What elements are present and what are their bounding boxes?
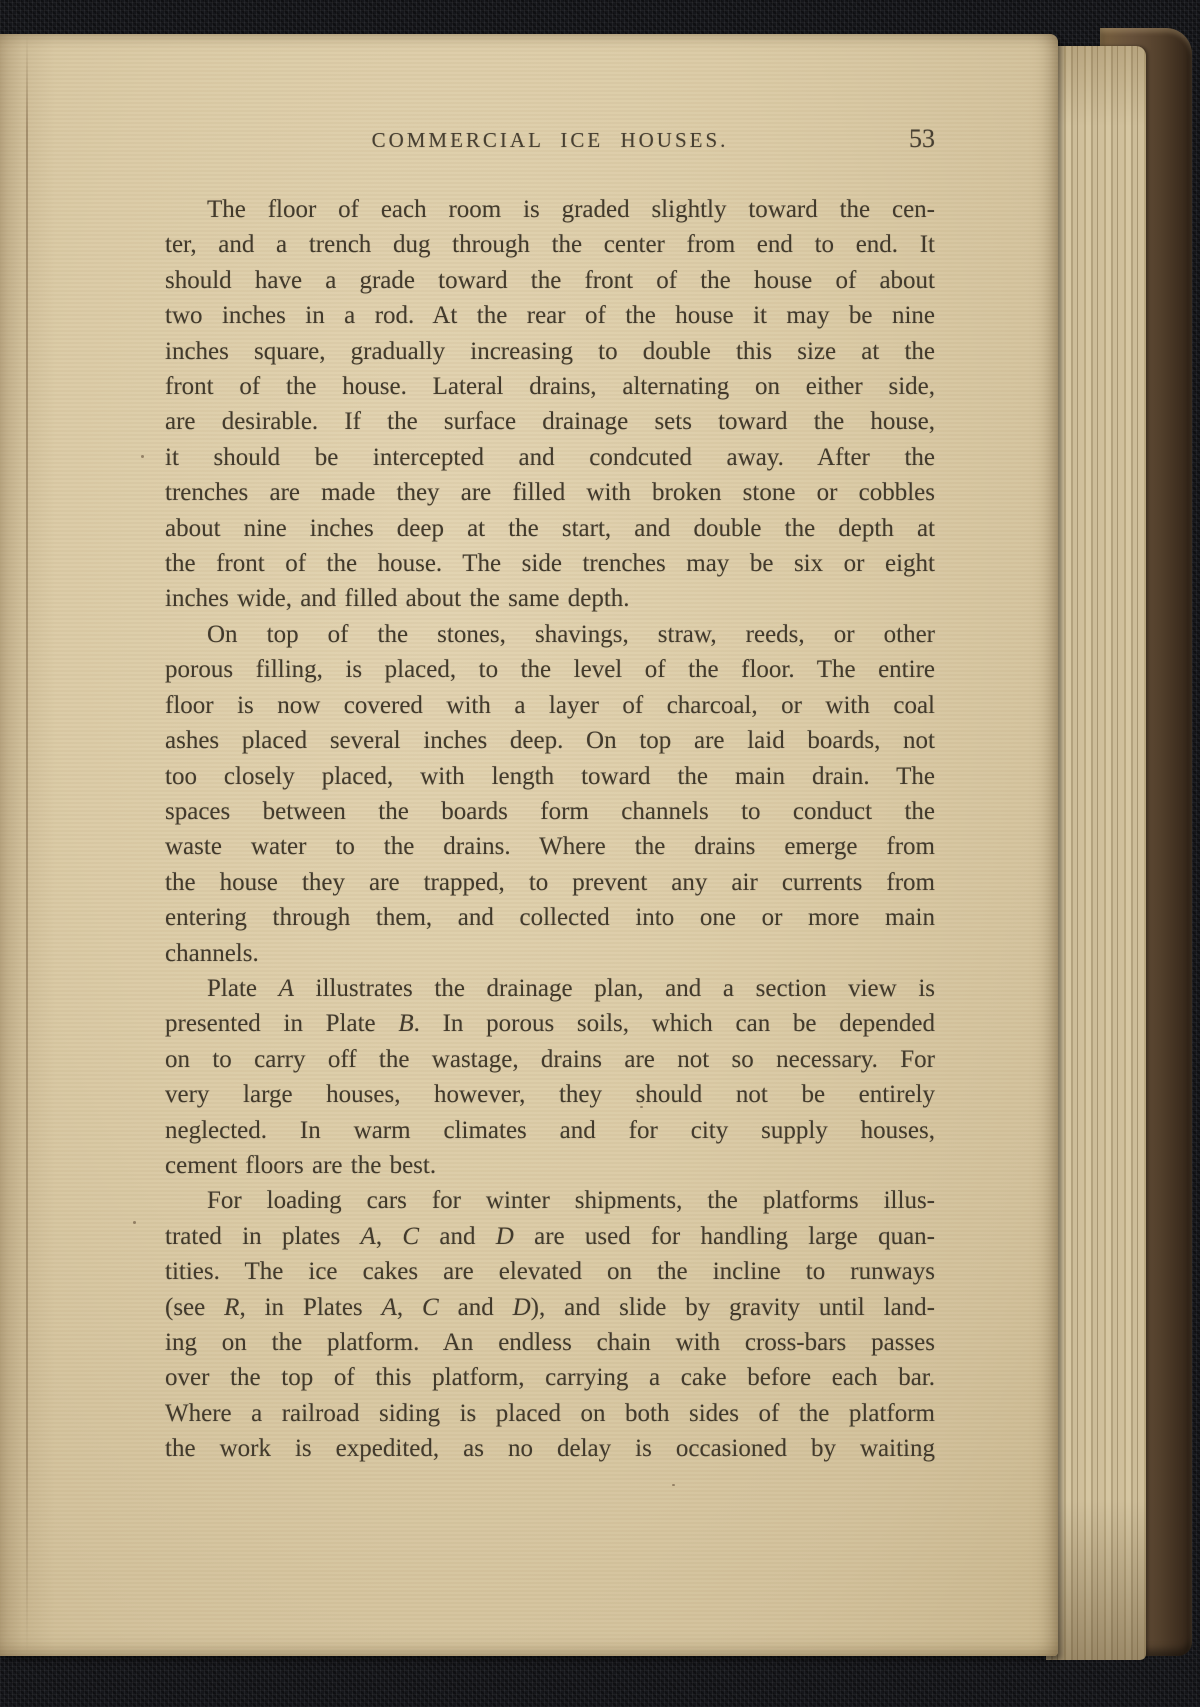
text-line: ing on the platform. An endless chain wi… xyxy=(165,1325,935,1360)
text-line: it should be intercepted and condcuted a… xyxy=(165,440,935,475)
text-line: on to carry off the wastage, drains are … xyxy=(165,1042,935,1077)
text-line: over the top of this platform, carrying … xyxy=(165,1360,935,1395)
ink-speck xyxy=(133,1221,136,1224)
text-line: floor is now covered with a layer of cha… xyxy=(165,688,935,723)
text-line: are desirable. If the surface drainage s… xyxy=(165,404,935,439)
text-line: trated in plates A, C and D are used for… xyxy=(165,1219,935,1254)
text-line: On top of the stones, shavings, straw, r… xyxy=(165,617,935,652)
text-line: inches square, gradually increasing to d… xyxy=(165,334,935,369)
text-line: The floor of each room is graded slightl… xyxy=(165,192,935,227)
text-line: presented in Plate B. In porous soils, w… xyxy=(165,1006,935,1041)
text-line: For loading cars for winter shipments, t… xyxy=(165,1183,935,1218)
text-line: front of the house. Lateral drains, alte… xyxy=(165,369,935,404)
scanned-book-photo: COMMERCIAL ICE HOUSES. 53 The floor of e… xyxy=(0,0,1200,1707)
text-line: inches wide, and filled about the same d… xyxy=(165,581,935,616)
text-line: Where a railroad siding is placed on bot… xyxy=(165,1396,935,1431)
page-gutter-crease xyxy=(26,34,28,1656)
book-page: COMMERCIAL ICE HOUSES. 53 The floor of e… xyxy=(0,34,1058,1656)
text-line: very large houses, however, they should … xyxy=(165,1077,935,1112)
text-line: Plate A illustrates the drainage plan, a… xyxy=(165,971,935,1006)
text-line: two inches in a rod. At the rear of the … xyxy=(165,298,935,333)
text-line: ter, and a trench dug through the center… xyxy=(165,227,935,262)
book-page-stack-edge xyxy=(1046,46,1146,1660)
text-line: channels. xyxy=(165,936,935,971)
text-line: waste water to the drains. Where the dra… xyxy=(165,829,935,864)
text-line: about nine inches deep at the start, and… xyxy=(165,511,935,546)
page-number: 53 xyxy=(909,124,935,154)
text-line: the house they are trapped, to prevent a… xyxy=(165,865,935,900)
text-line: ashes placed several inches deep. On top… xyxy=(165,723,935,758)
ink-speck xyxy=(672,1484,675,1486)
text-line: the front of the house. The side trenche… xyxy=(165,546,935,581)
text-line: tities. The ice cakes are elevated on th… xyxy=(165,1254,935,1289)
ink-speck xyxy=(141,455,144,458)
text-line: cement floors are the best. xyxy=(165,1148,935,1183)
page-body-text: The floor of each room is graded slightl… xyxy=(165,192,935,1467)
text-line: too closely placed, with length toward t… xyxy=(165,759,935,794)
text-line: should have a grade toward the front of … xyxy=(165,263,935,298)
page-gutter-shadow xyxy=(0,34,60,1656)
text-line: spaces between the boards form channels … xyxy=(165,794,935,829)
text-line: the work is expedited, as no delay is oc… xyxy=(165,1431,935,1466)
text-line: neglected. In warm climates and for city… xyxy=(165,1113,935,1148)
text-line: entering through them, and collected int… xyxy=(165,900,935,935)
text-line: (see R, in Plates A, C and D), and slide… xyxy=(165,1290,935,1325)
page-header: COMMERCIAL ICE HOUSES. 53 xyxy=(165,128,935,160)
text-line: trenches are made they are filled with b… xyxy=(165,475,935,510)
text-line: porous filling, is placed, to the level … xyxy=(165,652,935,687)
ink-speck xyxy=(640,1106,643,1108)
running-header: COMMERCIAL ICE HOUSES. xyxy=(165,128,935,153)
